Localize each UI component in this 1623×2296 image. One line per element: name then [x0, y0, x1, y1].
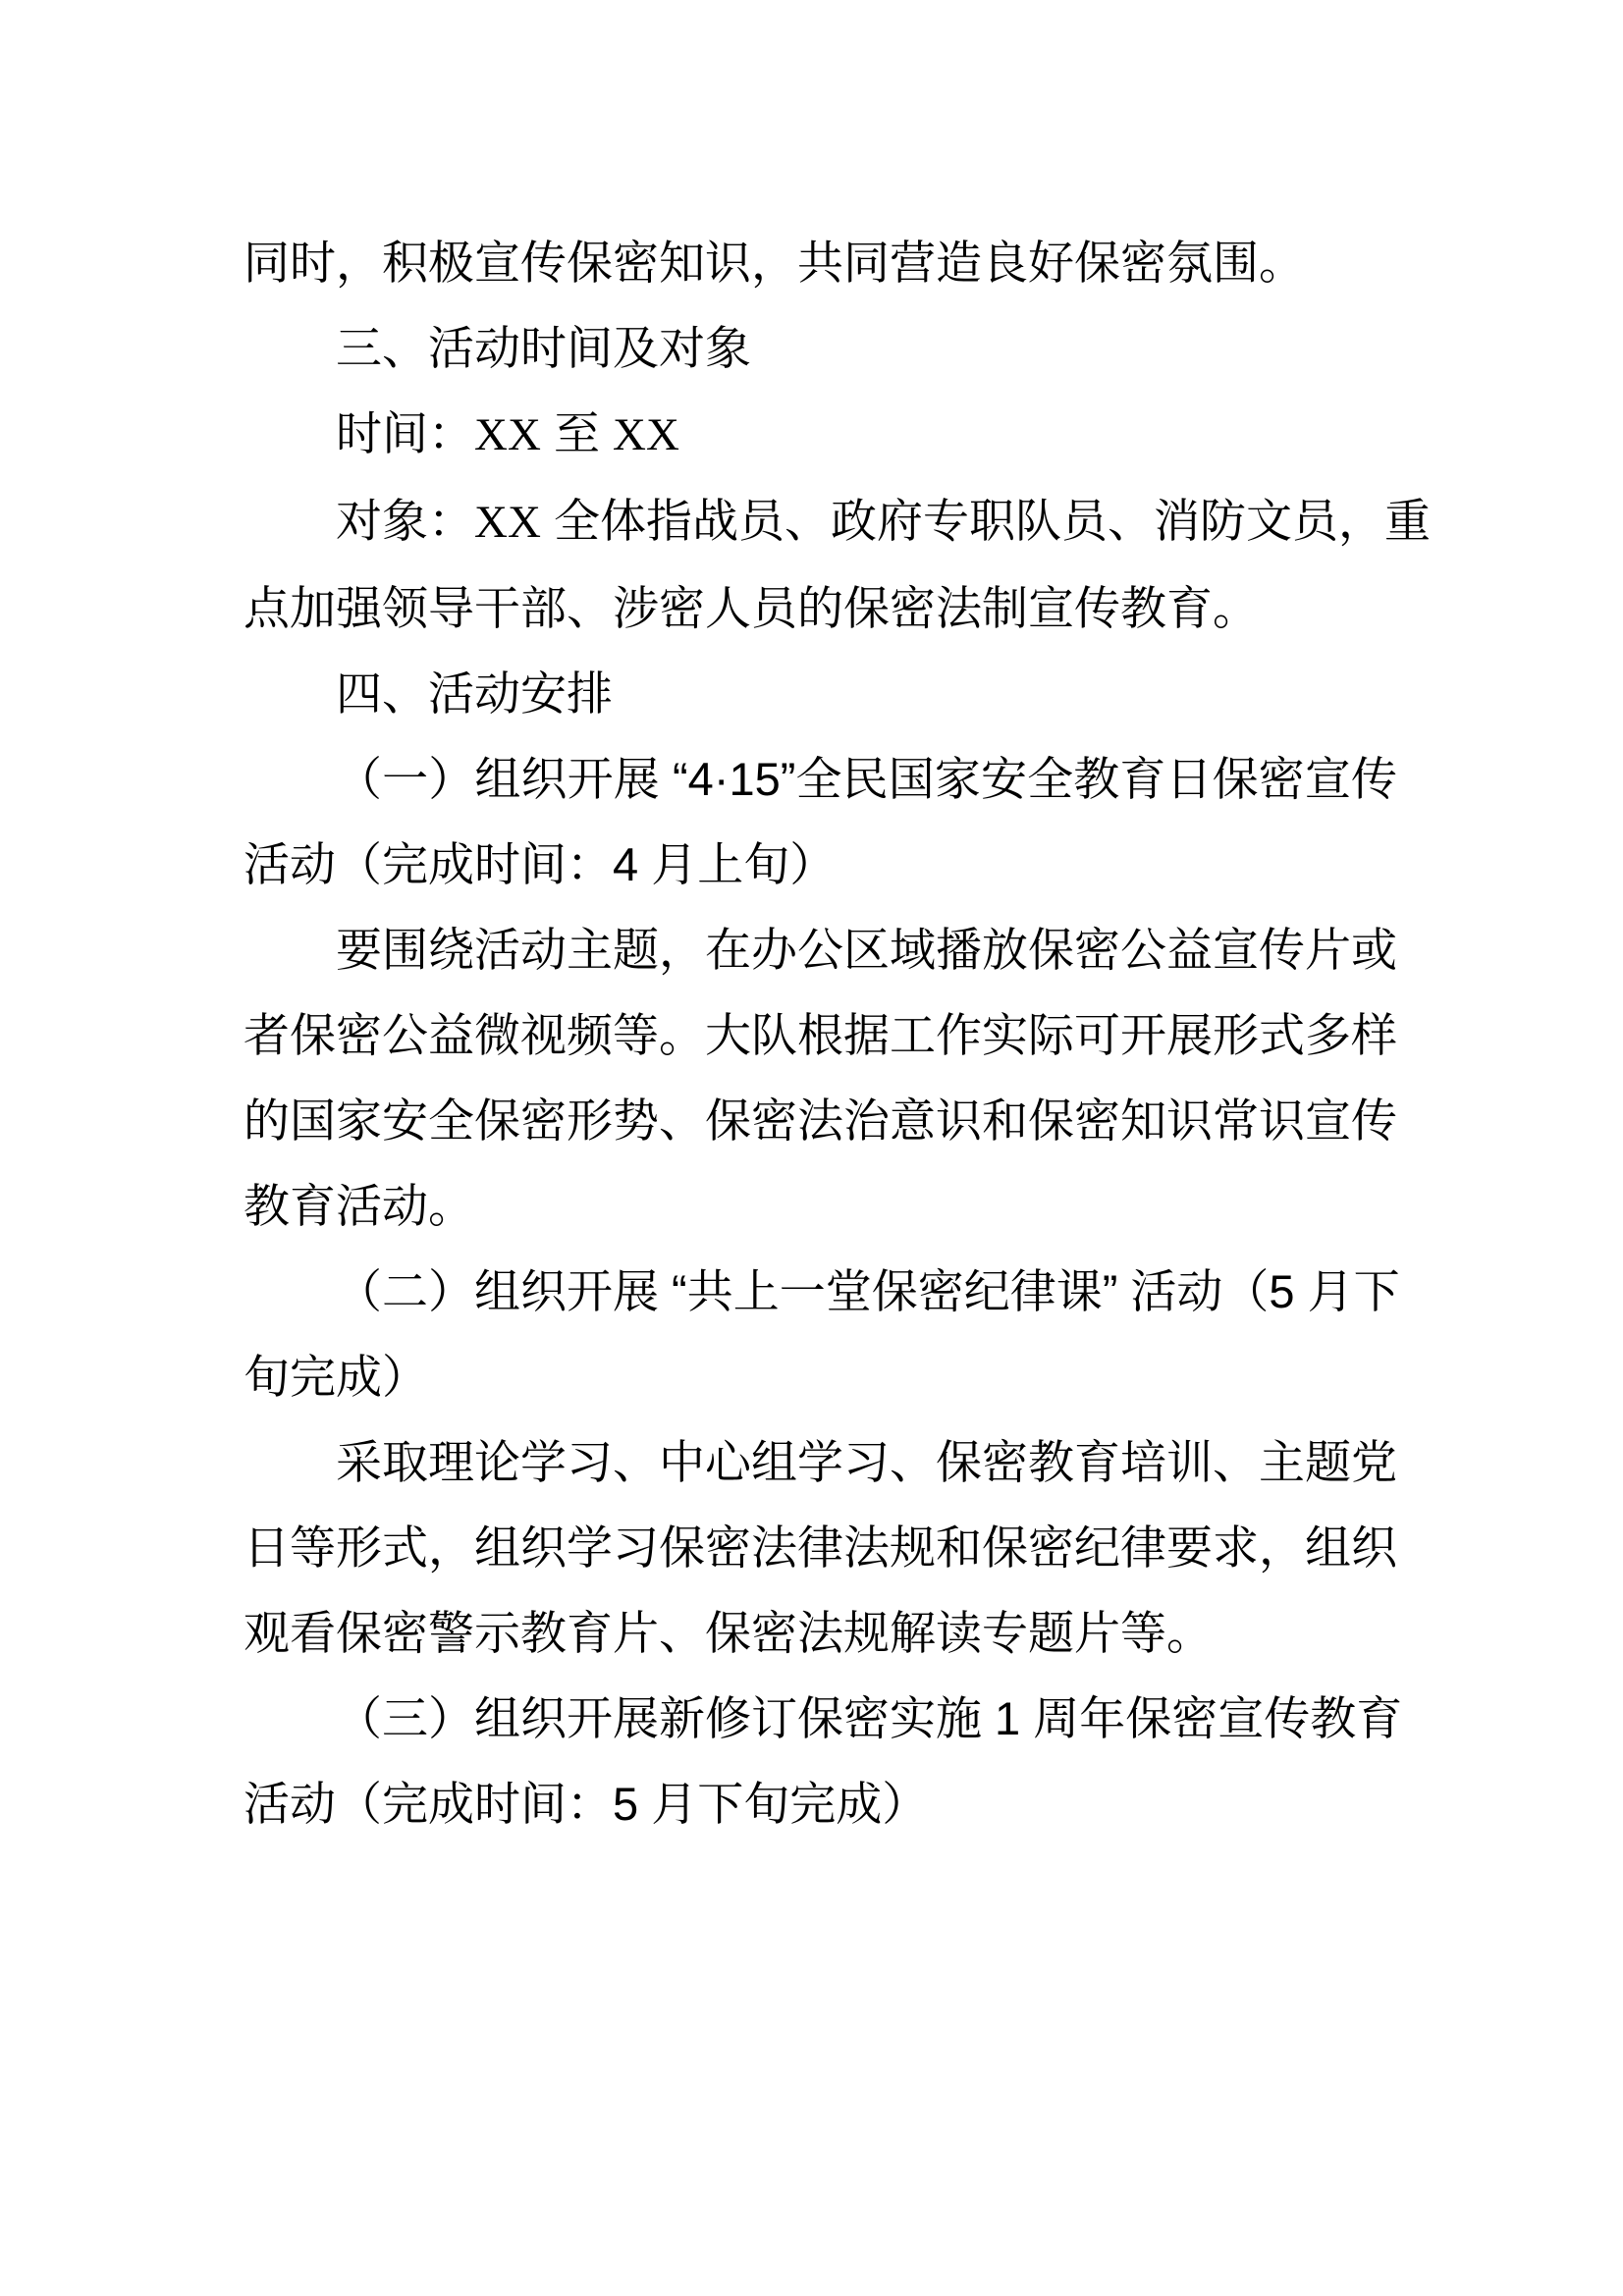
text-line: 的国家安全保密形势、保密法治意识和保密知识常识宣传: [243, 1078, 1397, 1163]
text-line: （一）组织开展 “4·15”全民国家安全教育日保密宣传: [243, 736, 1397, 822]
document-text-body: 同时，积极宣传保密知识，共同营造良好保密氛围。三、活动时间及对象时间：XX 至 …: [243, 220, 1397, 1846]
text-line: 活动（完成时间：4 月上旬）: [243, 822, 1397, 907]
cjk-text-run: 对象：: [336, 495, 474, 547]
text-line: 教育活动。: [243, 1163, 1397, 1249]
text-line: （三）组织开展新修订保密实施 1 周年保密宣传教育: [243, 1676, 1397, 1761]
cjk-text-run: 的国家安全保密形势、保密法治意识和保密知识常识宣传: [243, 1095, 1397, 1147]
cjk-text-run: 至: [541, 407, 613, 459]
cjk-text-run: 者保密公益微视频等。大队根据工作实际可开展形式多样: [243, 1009, 1397, 1061]
cjk-text-run: 旬完成）: [243, 1351, 428, 1403]
latin-serif-text-run: XX: [613, 409, 679, 460]
latin-serif-text-run: XX: [474, 409, 541, 460]
text-line: 日等形式，组织学习保密法律法规和保密纪律要求，组织: [243, 1505, 1397, 1590]
cjk-text-run: 教育活动。: [243, 1180, 474, 1232]
text-line: 三、活动时间及对象: [243, 305, 1397, 391]
text-line: 采取理论学习、中心组学习、保密教育培训、主题党: [243, 1419, 1397, 1505]
document-page: 同时，积极宣传保密知识，共同营造良好保密氛围。三、活动时间及对象时间：XX 至 …: [0, 0, 1623, 2296]
cjk-text-run: 活动（完成时间：4 月上旬）: [243, 838, 836, 890]
cjk-text-run: 同时，积极宣传保密知识，共同营造良好保密氛围。: [243, 237, 1305, 289]
text-line: 时间：XX 至 XX: [243, 391, 1397, 478]
cjk-text-run: 采取理论学习、中心组学习、保密教育培训、主题党: [336, 1436, 1397, 1488]
text-line: 旬完成）: [243, 1334, 1397, 1419]
text-line: 要围绕活动主题，在办公区域播放保密公益宣传片或: [243, 907, 1397, 992]
text-line: 点加强领导干部、涉密人员的保密法制宣传教育。: [243, 565, 1397, 651]
cjk-text-run: 日等形式，组织学习保密法律法规和保密纪律要求，组织: [243, 1522, 1397, 1574]
text-line: 观看保密警示教育片、保密法规解读专题片等。: [243, 1590, 1397, 1676]
cjk-text-run: 要围绕活动主题，在办公区域播放保密公益宣传片或: [336, 924, 1397, 976]
cjk-text-run: 点加强领导干部、涉密人员的保密法制宣传教育。: [243, 582, 1259, 634]
cjk-text-run: 观看保密警示教育片、保密法规解读专题片等。: [243, 1607, 1213, 1659]
cjk-text-run: 时间：: [336, 407, 474, 459]
latin-serif-text-run: XX: [474, 497, 541, 548]
text-line: 活动（完成时间：5 月下旬完成）: [243, 1761, 1397, 1846]
cjk-text-run: 全体指战员、政府专职队员、消防文员，重: [541, 495, 1431, 547]
cjk-text-run: 活动（完成时间：5 月下旬完成）: [243, 1778, 928, 1830]
cjk-text-run: （二）组织开展 “共上一堂保密纪律课” 活动（5 月下: [336, 1265, 1400, 1317]
text-line: 四、活动安排: [243, 651, 1397, 736]
text-line: 同时，积极宣传保密知识，共同营造良好保密氛围。: [243, 220, 1397, 305]
text-line: 对象：XX 全体指战员、政府专职队员、消防文员，重: [243, 478, 1397, 565]
text-line: 者保密公益微视频等。大队根据工作实际可开展形式多样: [243, 992, 1397, 1078]
cjk-text-run: 三、活动时间及对象: [336, 322, 751, 374]
cjk-text-run: （三）组织开展新修订保密实施 1 周年保密宣传教育: [336, 1692, 1402, 1744]
cjk-text-run: （一）组织开展 “4·15”全民国家安全教育日保密宣传: [336, 753, 1397, 805]
cjk-text-run: 四、活动安排: [336, 667, 613, 720]
text-line: （二）组织开展 “共上一堂保密纪律课” 活动（5 月下: [243, 1249, 1397, 1334]
